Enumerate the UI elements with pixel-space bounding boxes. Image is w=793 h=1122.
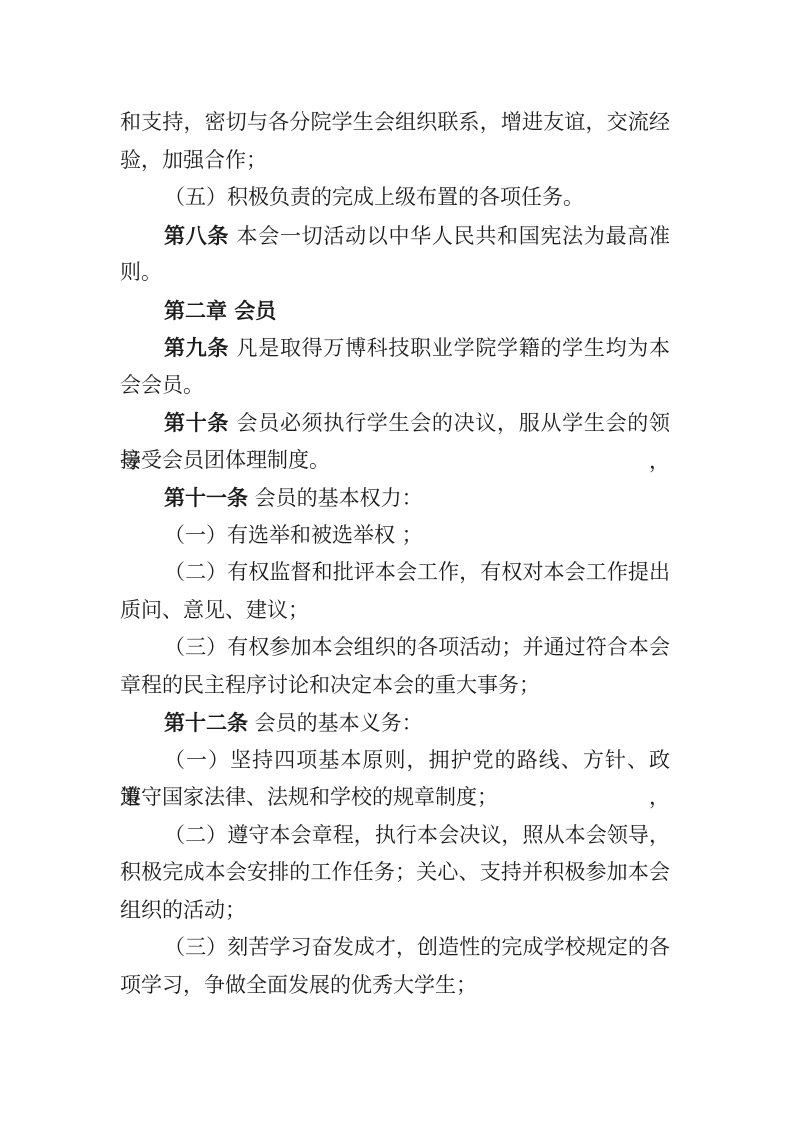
body-text: （二）遵守本会章程，执行本会决议，照从本会领导， — [164, 823, 670, 847]
body-text: （五）积极负责的完成上级布置的各项任务。 — [164, 185, 584, 209]
article-number-bold-text: 第二章 会员 — [164, 298, 276, 323]
text-line: （五）积极负责的完成上级布置的各项任务。 — [120, 179, 670, 217]
body-text: 会员的基本义务： — [248, 711, 423, 735]
article-number-bold-text: 第八条 — [164, 223, 229, 248]
body-text: （二）有权监督和批评本会工作，有权对本会工作提出 — [164, 560, 670, 584]
body-text: 会会员。 — [120, 373, 204, 397]
text-line: （二）有权监督和批评本会工作，有权对本会工作提出 — [120, 554, 670, 592]
text-line: 第八条 本会一切活动以中华人民共和国宪法为最高准 — [120, 217, 670, 255]
text-line: （一）坚持四项基本原则，拥护党的路线、方针、政策， — [120, 742, 670, 780]
body-text: （一）有选举和被选举权 ； — [164, 523, 423, 547]
body-text: 接受会员团体理制度。 — [120, 448, 330, 472]
text-line: 积极完成本会安排的工作任务；关心、支持并积极参加本会 — [120, 854, 670, 892]
article-number-bold-text: 第十一条 — [164, 485, 248, 510]
body-text: 会员的基本权力： — [248, 486, 423, 510]
text-line: 第十二条 会员的基本义务： — [120, 704, 670, 742]
text-line: 则。 — [120, 254, 670, 292]
text-line: 和支持，密切与各分院学生会组织联系，增进友谊，交流经 — [120, 104, 670, 142]
text-line: 第二章 会员 — [120, 292, 670, 330]
text-line: 第十一条 会员的基本权力： — [120, 479, 670, 517]
text-line: 章程的民主程序讨论和决定本会的重大事务； — [120, 667, 670, 705]
text-block: 和支持，密切与各分院学生会组织联系，增进友谊，交流经验，加强合作；（五）积极负责… — [120, 104, 670, 1004]
text-line: （一）有选举和被选举权 ； — [120, 517, 670, 555]
body-text: 验，加强合作； — [120, 148, 267, 172]
article-number-bold-text: 第十条 — [164, 410, 229, 435]
body-text: 项学习，争做全面发展的优秀大学生； — [120, 973, 477, 997]
body-text: 和支持，密切与各分院学生会组织联系，增进友谊，交流经 — [120, 110, 670, 134]
body-text: 章程的民主程序讨论和决定本会的重大事务； — [120, 673, 540, 697]
body-text: 质问、意见、建议； — [120, 598, 309, 622]
body-text: 遵守国家法律、法规和学校的规章制度； — [120, 785, 498, 809]
body-text: （三）有权参加本会组织的各项活动；并通过符合本会 — [164, 635, 670, 659]
text-line: 会会员。 — [120, 367, 670, 405]
body-text: 积极完成本会安排的工作任务；关心、支持并积极参加本会 — [120, 860, 670, 884]
article-number-bold-text: 第十二条 — [164, 710, 248, 735]
article-number-bold-text: 第九条 — [164, 335, 229, 360]
text-line: 组织的活动； — [120, 892, 670, 930]
text-line: 质问、意见、建议； — [120, 592, 670, 630]
document-page: 和支持，密切与各分院学生会组织联系，增进友谊，交流经验，加强合作；（五）积极负责… — [0, 0, 793, 1122]
body-text: 本会一切活动以中华人民共和国宪法为最高准 — [229, 224, 670, 248]
body-text: （三）刻苦学习奋发成才，创造性的完成学校规定的各 — [164, 935, 670, 959]
text-line: 第十条 会员必须执行学生会的决议，服从学生会的领导， — [120, 404, 670, 442]
text-line: （二）遵守本会章程，执行本会决议，照从本会领导， — [120, 817, 670, 855]
body-text: 则。 — [120, 260, 162, 284]
text-line: 验，加强合作； — [120, 142, 670, 180]
text-line: （三）刻苦学习奋发成才，创造性的完成学校规定的各 — [120, 929, 670, 967]
text-line: 第九条 凡是取得万博科技职业学院学籍的学生均为本 — [120, 329, 670, 367]
body-text: 凡是取得万博科技职业学院学籍的学生均为本 — [229, 336, 670, 360]
text-line: 项学习，争做全面发展的优秀大学生； — [120, 967, 670, 1005]
body-text: 组织的活动； — [120, 898, 246, 922]
text-line: （三）有权参加本会组织的各项活动；并通过符合本会 — [120, 629, 670, 667]
